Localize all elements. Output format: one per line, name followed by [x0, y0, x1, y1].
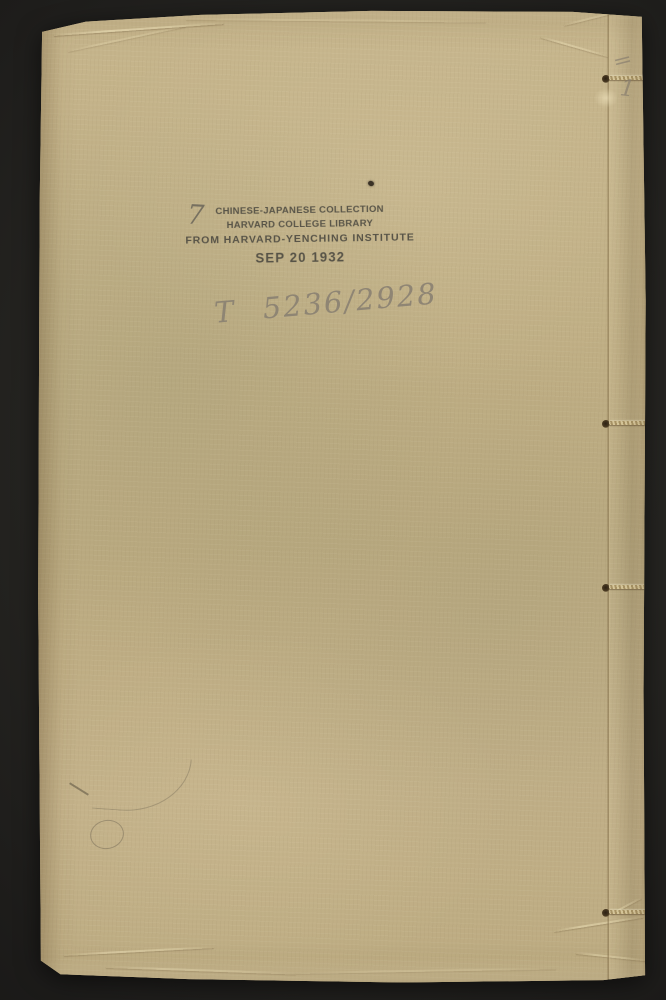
library-stamp: CHINESE-JAPANESE COLLECTION HARVARD COLL…: [165, 202, 436, 268]
thread-fray: [594, 88, 618, 108]
faint-pencil-circle: [87, 817, 126, 852]
faint-pencil-arc: [92, 753, 192, 816]
top-edge-wear: [36, 8, 646, 26]
left-edge-shadow: [36, 8, 62, 984]
paper-edge-vignette: [36, 8, 646, 984]
paper-cover: CHINESE-JAPANESE COLLECTION HARVARD COLL…: [36, 8, 646, 984]
paper-grain-texture: [36, 8, 646, 984]
handwritten-corner-number: 1: [618, 75, 636, 103]
stamp-date: SEP 20 1932: [173, 247, 427, 268]
stitch-thread: [609, 910, 646, 914]
ink-spot: [367, 180, 374, 187]
binding-fold-line: [607, 8, 610, 984]
binding-stitch: [602, 908, 646, 919]
faint-pencil-tick: [69, 782, 89, 795]
crease-mark: [541, 36, 609, 57]
binding-stitch: [602, 419, 646, 430]
binding-stitch: [602, 583, 646, 594]
stamp-line-institute: FROM HARVARD-YENCHING INSTITUTE: [165, 230, 435, 249]
handwritten-number-seven: 7: [186, 200, 205, 232]
scan-background: CHINESE-JAPANESE COLLECTION HARVARD COLL…: [0, 0, 666, 1000]
handwritten-call-number: T 5236/2928: [213, 276, 439, 329]
stitch-thread: [609, 585, 646, 589]
binding-edge-strip: [610, 8, 646, 984]
stitch-thread: [609, 421, 646, 425]
book-cover: CHINESE-JAPANESE COLLECTION HARVARD COLL…: [36, 8, 646, 984]
